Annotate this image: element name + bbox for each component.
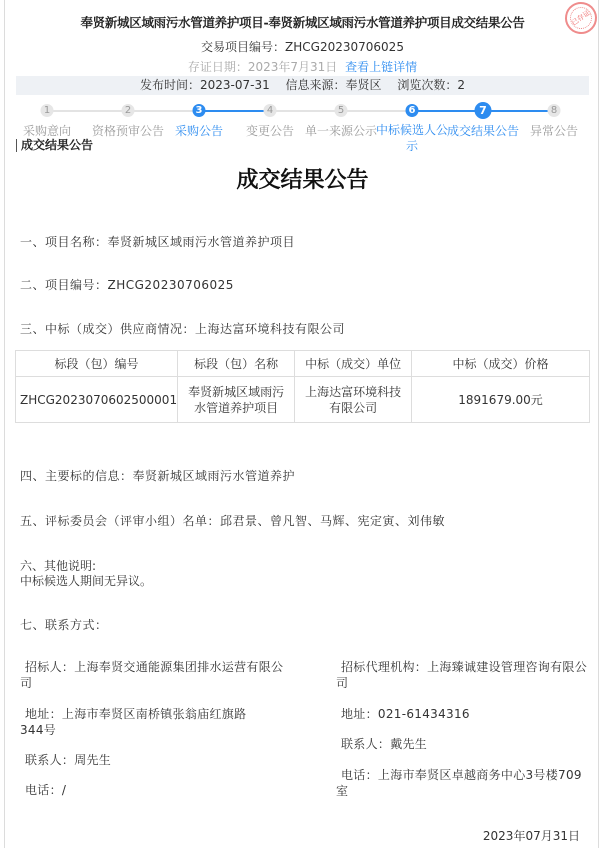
- item-main-subject: 四、主要标的信息：奉贤新城区域雨污水管道养护: [20, 467, 295, 484]
- item-supplier: 三、中标（成交）供应商情况：上海达富环境科技有限公司: [20, 320, 345, 337]
- step-1-label[interactable]: 采购意向: [23, 122, 71, 139]
- table-row: ZHCG2023070602500001 奉贤新城区域雨污水管道养护项目 上海达…: [16, 377, 590, 423]
- cell-price: 1891679.00元: [412, 377, 590, 423]
- item-project-name: 一、项目名称：奉贤新城区域雨污水管道养护项目: [20, 233, 295, 250]
- tenderer-contact: 联系人：周先生: [20, 752, 111, 768]
- col-price: 中标（成交）价格: [412, 351, 590, 377]
- step-5-label[interactable]: 单一来源公示: [305, 122, 377, 139]
- step-2-dot[interactable]: 2: [122, 104, 135, 117]
- step-4-dot[interactable]: 4: [264, 104, 277, 117]
- step-3-label[interactable]: 采购公告: [175, 122, 223, 139]
- step-5-dot[interactable]: 5: [335, 104, 348, 117]
- agency-phone: 电话：上海市奉贤区卓越商务中心3号楼709室: [336, 767, 586, 799]
- section-tag: 成交结果公告: [16, 139, 93, 152]
- certificate-line: 存证日期：2023年7月31日 查看上链详情: [0, 58, 605, 75]
- step-connector-active: [199, 110, 270, 112]
- announcement-title: 奉贤新城区域雨污水管道养护项目-奉贤新城区域雨污水管道养护项目成交结果公告: [0, 13, 605, 31]
- tenderer-phone: 电话：/: [20, 782, 66, 798]
- table-header-row: 标段（包）编号 标段（包）名称 中标（成交）单位 中标（成交）价格: [16, 351, 590, 377]
- project-code-line: 交易项目编号：ZHCG20230706025: [0, 38, 605, 55]
- info-source: 信息来源：奉贤区: [286, 78, 382, 92]
- meta-bar: 发布时间：2023-07-31 信息来源：奉贤区 浏览次数：2: [16, 76, 589, 95]
- cert-label: 存证日期：: [188, 60, 248, 74]
- cell-lot-code: ZHCG2023070602500001: [16, 377, 178, 423]
- item-contact-title: 七、联系方式：: [20, 616, 108, 633]
- agency-address: 地址：021-61434316: [336, 706, 470, 722]
- step-8-dot[interactable]: 8: [548, 104, 561, 117]
- signature-date: 2023年07月31日: [483, 827, 580, 844]
- step-8-label[interactable]: 异常公告: [530, 122, 578, 139]
- tenderer-address: 地址：上海市奉贤区南桥镇张翁庙红旗路344号: [20, 706, 270, 738]
- document-title: 成交结果公告: [0, 163, 605, 194]
- agency-contact: 联系人：戴先生: [336, 736, 427, 752]
- item-committee: 五、评标委员会（评审小组）名单：邱君景、曾凡智、马辉、宪定寅、刘伟敏: [20, 512, 445, 529]
- step-1-dot[interactable]: 1: [41, 104, 54, 117]
- view-chain-details-link[interactable]: 查看上链详情: [345, 60, 417, 74]
- agency: 招标代理机构：上海臻诚建设管理咨询有限公司: [336, 659, 596, 691]
- col-lot-code: 标段（包）编号: [16, 351, 178, 377]
- project-code-value: ZHCG20230706025: [285, 40, 404, 54]
- result-table: 标段（包）编号 标段（包）名称 中标（成交）单位 中标（成交）价格 ZHCG20…: [15, 350, 590, 423]
- col-winner: 中标（成交）单位: [295, 351, 412, 377]
- step-2-label[interactable]: 资格预审公告: [92, 122, 164, 139]
- step-3-dot[interactable]: 3: [193, 104, 206, 117]
- item-project-code: 二、项目编号：ZHCG20230706025: [20, 276, 234, 293]
- project-code-label: 交易项目编号：: [201, 40, 285, 54]
- step-6-dot[interactable]: 6: [406, 104, 419, 117]
- view-count: 浏览次数：2: [397, 78, 465, 92]
- step-7-dot[interactable]: 7: [475, 102, 492, 119]
- cell-lot-name: 奉贤新城区域雨污水管道养护项目: [178, 377, 295, 423]
- col-lot-name: 标段（包）名称: [178, 351, 295, 377]
- step-4-label[interactable]: 变更公告: [246, 122, 294, 139]
- cell-winner: 上海达富环境科技有限公司: [295, 377, 412, 423]
- step-7-label[interactable]: 成交结果公告: [447, 122, 519, 139]
- tenderer: 招标人：上海奉贤交通能源集团排水运营有限公司: [20, 659, 285, 691]
- item-other-body: 中标候选人期间无异议。: [20, 572, 152, 589]
- step-6-label[interactable]: 中标候选人公示: [375, 122, 449, 154]
- publish-time: 发布时间：2023-07-31: [140, 78, 270, 92]
- cert-date: 2023年7月31日: [248, 60, 337, 74]
